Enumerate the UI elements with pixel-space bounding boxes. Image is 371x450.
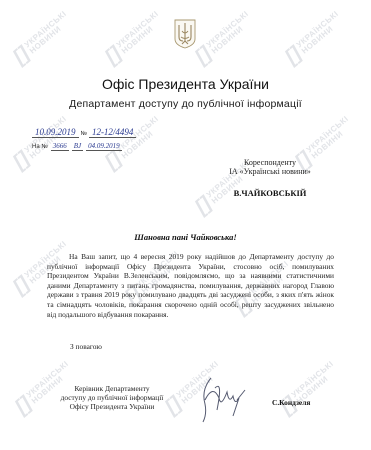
position-line: доступу до публічної інформації [52,393,172,402]
registration-date: 10.09.2019 [32,127,79,138]
signatory-name: С.Кондзеля [272,398,310,407]
addressee-role: Кореспонденту [210,158,330,167]
letter-body: На Ваш запит, що 4 вересня 2019 року над… [47,252,334,319]
watermark: []УКРАЇНСЬКІНОВИНИ [193,10,256,66]
signatory-position: Керівник Департаменту доступу до публічн… [52,384,172,412]
watermark: []УКРАЇНСЬКІНОВИНИ [11,10,74,66]
watermark: []УКРАЇНСЬКІНОВИНИ [103,10,166,66]
department-title: Департамент доступу до публічної інформа… [0,98,371,110]
registration-number: 12-12/4494 [89,127,137,138]
registration-line: 10.09.2019№12-12/4494 [32,127,136,137]
position-line: Офісу Президента України [52,402,172,411]
addressee-block: Кореспонденту ІА «Українські новини» [210,158,330,176]
handwritten-signature-icon [193,370,253,430]
reference-line: На №3666ВЈ04.09.2019 [32,142,125,150]
position-line: Керівник Департаменту [52,384,172,393]
reference-date: 04.09.2019 [86,142,122,151]
reference-label: На № [32,144,48,150]
closing: З повагою [70,342,102,351]
watermark: []УКРАЇНСЬКІНОВИНИ [278,360,341,416]
addressee-name: В.ЧАЙКОВСЬКІЙ [210,188,330,198]
watermark: []УКРАЇНСЬКІНОВИНИ [283,10,346,66]
addressee-organization: ІА «Українські новини» [210,167,330,176]
reference-code: ВЈ [72,142,83,151]
reference-number: 3666 [51,142,69,151]
organization-title: Офіс Президента України [0,76,371,92]
salutation: Шановна пані Чайковська! [0,232,371,242]
number-label: № [81,131,87,137]
coat-of-arms-icon [174,19,196,49]
